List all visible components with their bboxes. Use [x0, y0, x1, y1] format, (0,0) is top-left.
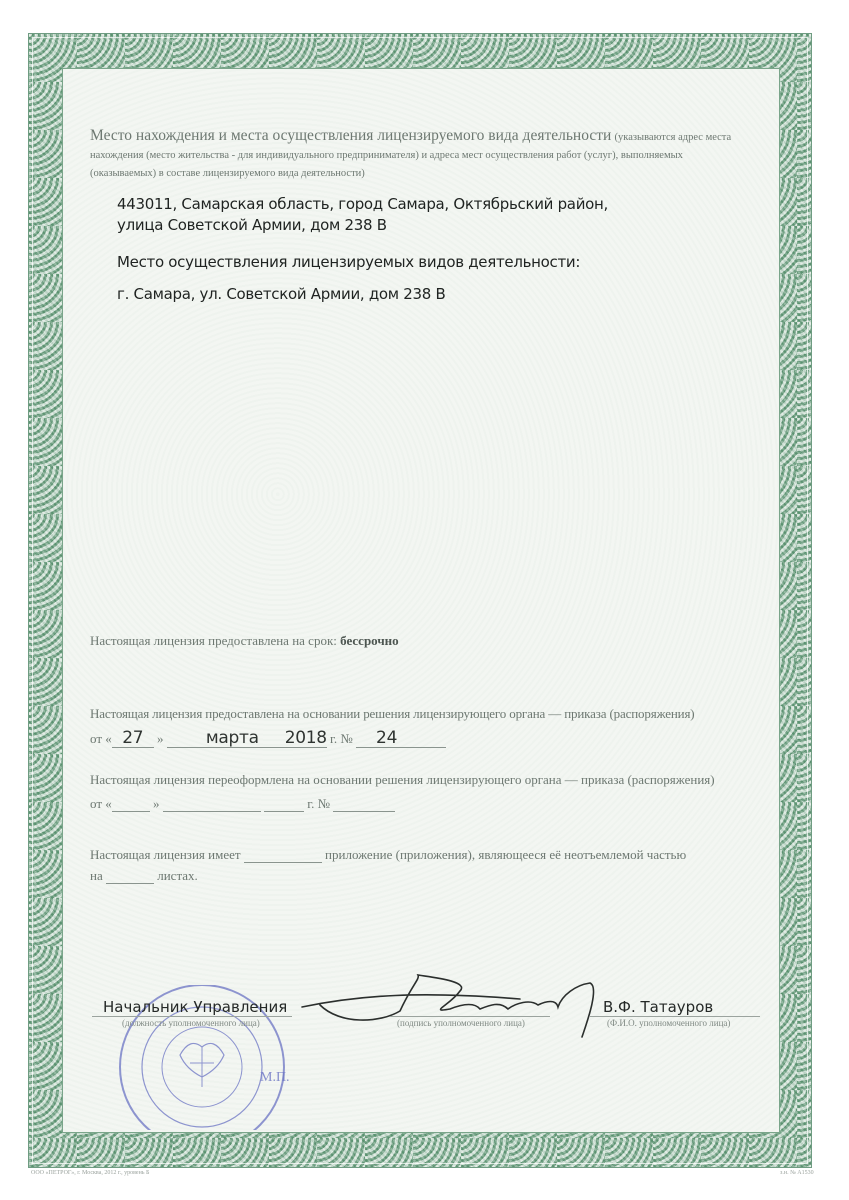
form-number: з.н. № А1530 — [780, 1170, 814, 1176]
signatory-name: В.Ф. Татауров — [603, 998, 713, 1016]
grant-month: марта — [167, 729, 259, 747]
section-heading: Место нахождения и места осуществления л… — [90, 128, 750, 182]
appendix-pages-prefix: на — [90, 868, 103, 883]
grant-number-sign: № — [340, 731, 352, 746]
position-caption: (должность уполномоченного лица) — [122, 1018, 260, 1028]
position-title: Начальник Управления — [103, 998, 287, 1016]
grant-close-quote: » — [157, 731, 164, 746]
grant-day-field[interactable]: 27 — [112, 729, 154, 748]
reissue-from: от « — [90, 796, 112, 811]
activity-place-value: г. Самара, ул. Советской Армии, дом 238 … — [117, 284, 445, 305]
grant-from: от « — [90, 731, 112, 746]
signature-caption: (подпись уполномоченного лица) — [397, 1018, 525, 1028]
term-value: бессрочно — [340, 633, 399, 648]
reissue-number-field[interactable] — [333, 797, 395, 812]
name-line — [590, 1016, 760, 1017]
name-caption: (Ф.И.О. уполномоченного лица) — [607, 1018, 730, 1028]
appendix-label-start: Настоящая лицензия имеет — [90, 847, 241, 862]
grant-month-year-field[interactable]: марта2018 — [167, 729, 327, 748]
reissue-order-date-row: от « » г. № — [90, 796, 395, 812]
grant-order-label: Настоящая лицензия предоставлена на осно… — [90, 706, 694, 722]
signature-line — [390, 1016, 550, 1017]
appendix-pages-suffix: листах. — [157, 868, 198, 883]
address-line-1: 443011, Самарская область, город Самара,… — [117, 194, 608, 215]
reissue-month-field[interactable] — [163, 797, 261, 812]
term-label: Настоящая лицензия предоставлена на срок… — [90, 633, 337, 648]
reissue-year-field[interactable] — [264, 797, 304, 812]
reissue-close-quote: » — [153, 796, 160, 811]
appendix-label-end: приложение (приложения), являющееся её н… — [325, 847, 686, 862]
heading-main: Место нахождения и места осуществления л… — [90, 127, 611, 144]
reissue-year-suffix: г. — [307, 796, 314, 811]
grant-year-suffix: г. — [330, 731, 337, 746]
reissue-number-sign: № — [318, 796, 330, 811]
appendix-pages-row: на листах. — [90, 868, 198, 884]
grant-number-field[interactable]: 24 — [356, 729, 446, 748]
reissue-order-label: Настоящая лицензия переоформлена на осно… — [90, 772, 715, 788]
handwritten-signature — [300, 965, 620, 1040]
position-line — [92, 1016, 292, 1017]
printer-mark: ООО «ПЕТРОГ», г. Москва, 2012 г., уровен… — [31, 1170, 149, 1176]
appendix-count-field[interactable] — [244, 848, 322, 863]
term-row: Настоящая лицензия предоставлена на срок… — [90, 633, 399, 649]
address-line-2: улица Советской Армии, дом 238 В — [117, 215, 387, 236]
appendix-pages-field[interactable] — [106, 869, 154, 884]
activity-place-label: Место осуществления лицензируемых видов … — [117, 252, 580, 273]
grant-order-date-row: от «27 » марта2018 г. № 24 — [90, 729, 446, 748]
grant-year: 2018 — [259, 729, 327, 747]
appendix-row: Настоящая лицензия имеет приложение (при… — [90, 847, 686, 863]
reissue-day-field[interactable] — [112, 797, 150, 812]
